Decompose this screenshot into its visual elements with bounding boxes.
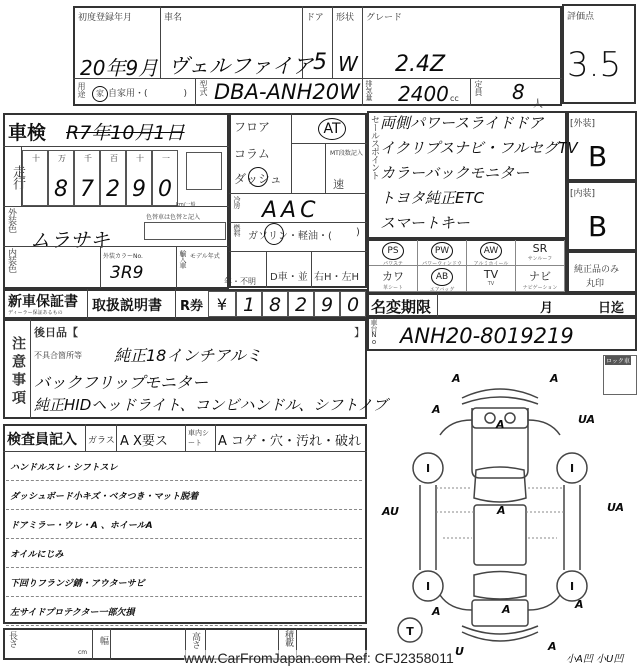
interior-label-text: 内装 xyxy=(574,189,592,199)
usage-label: 用途 xyxy=(76,82,87,98)
usage-selected: 家 xyxy=(92,86,108,102)
equipment-item-aw: AWアルミホイール xyxy=(467,240,516,266)
inspector-line: オイルにじみ xyxy=(10,547,64,560)
mt-speed: 速 xyxy=(333,176,344,192)
ac-label: 冷房 xyxy=(232,196,242,208)
ext-color-label: 外装色 xyxy=(5,208,18,232)
car-name-value: ヴェルファイア xyxy=(168,50,313,80)
inspector-line: ドアミラー・ウレ・A 、ホイールA xyxy=(10,518,153,531)
mileage-digit-value: 0 xyxy=(158,177,172,202)
recycle-label: R券 xyxy=(180,295,203,314)
length-label: 長さ xyxy=(6,631,19,647)
equipment-code: PW xyxy=(431,242,453,260)
model-year-suffix: 年・不明 xyxy=(224,276,256,287)
damage-mark: A xyxy=(497,504,506,517)
equipment-item-ab: ABエアバッグ xyxy=(418,266,467,292)
grade-label: グレード xyxy=(366,10,402,23)
recycle-digit: 0 xyxy=(340,291,366,317)
damage-mark: A xyxy=(575,598,584,611)
sales-point-item: カラーバックモニター xyxy=(380,162,570,187)
equipment-sub: 革シート xyxy=(369,284,417,291)
capacity-value: 8 xyxy=(512,80,525,104)
int-color-label: 内装色 xyxy=(5,248,18,272)
shaken-label: 車検 xyxy=(8,118,46,145)
month-label: 月 xyxy=(540,297,553,316)
damage-mark: A xyxy=(432,605,441,618)
note-line-1: 純正18インチアルミ xyxy=(114,343,262,366)
seat-label: 車内シート xyxy=(188,428,214,448)
equipment-code: PS xyxy=(382,242,404,260)
tire-label: T xyxy=(406,625,414,638)
handle-label: 右H・左H xyxy=(314,268,359,283)
svg-text:I: I xyxy=(426,462,430,475)
chassis-value: ANH20-8019219 xyxy=(400,324,574,348)
model-value: DBA-ANH20W xyxy=(214,80,360,104)
damage-mark: A xyxy=(496,418,505,431)
mileage-digit-value: 8 xyxy=(54,177,68,202)
score-value: 3.5 xyxy=(567,45,621,85)
equipment-item-ナビ: ナビナビゲーション xyxy=(516,266,565,292)
inspector-rule xyxy=(6,596,362,597)
car-name-label: 車名 xyxy=(164,10,182,23)
notes-label: 注意事項 xyxy=(8,336,28,408)
weight-label: 積載 xyxy=(282,630,295,646)
recycle-digit: 2 xyxy=(288,291,314,317)
damage-mark: UA xyxy=(578,413,595,426)
note-line-3: 純正HIDヘッドライト、コンビハンドル、シフトノブ xyxy=(34,394,387,415)
glass-label: ガラス xyxy=(88,433,115,446)
equipment-item-カワ: カワ革シート xyxy=(369,266,418,292)
damage-mark: U xyxy=(455,645,464,658)
grade-value: 2.4Z xyxy=(395,52,445,77)
later-items-close: 】 xyxy=(354,324,365,340)
fuel-close: ) xyxy=(356,227,360,238)
inspector-rule xyxy=(6,480,362,481)
dealer-label: D車・並 xyxy=(270,268,308,283)
shape-label: 形状 xyxy=(336,10,354,23)
mileage-digit-cell: 十 xyxy=(22,150,48,206)
deadline-label: 名変期限 xyxy=(371,296,431,317)
equipment-item-sr: SRサンルーフ xyxy=(516,240,565,266)
exterior-label-text: 外装 xyxy=(574,119,592,129)
sales-point-item: 両側パワースライドドア xyxy=(380,112,570,137)
damage-mark: UA xyxy=(607,501,624,514)
equipment-code: SR xyxy=(533,242,548,255)
mileage-digit-cell: 万8 xyxy=(48,150,74,206)
mileage-digit-cell: 百2 xyxy=(100,150,126,206)
import-label: 輸入車 xyxy=(178,250,188,268)
equipment-code: カワ xyxy=(382,270,404,283)
color-no-label: 外装カラーNo. xyxy=(103,251,143,260)
first-reg-value: 20年9月 xyxy=(80,52,158,81)
fuel-label: 燃料 xyxy=(232,224,242,236)
displacement-unit: cc xyxy=(450,94,459,103)
sales-point-item: スマートキー xyxy=(380,212,570,237)
width-label: 幅 xyxy=(97,636,110,644)
inspector-line: 下回りフランジ錆・アウターサビ xyxy=(10,576,145,589)
equipment-code: ナビ xyxy=(529,270,551,283)
shift-dash: ダッシュ xyxy=(234,170,282,187)
mileage-digit-value: 7 xyxy=(80,177,94,202)
interior-value: B xyxy=(588,210,607,243)
manual-label: 取扱説明書 xyxy=(92,295,162,315)
model-label: 型式 xyxy=(198,80,209,96)
inspector-rule xyxy=(6,625,362,626)
warranty-note: ディーラー保証あるもの xyxy=(8,309,63,316)
capacity-unit: 人 xyxy=(533,95,543,110)
mileage-digit-value: 9 xyxy=(132,177,146,202)
displacement-value: 2400 xyxy=(398,82,449,106)
score-label: 評価点 xyxy=(567,9,594,22)
equipment-code: AW xyxy=(480,242,502,260)
ac-value: AAC xyxy=(262,198,319,223)
meter-box xyxy=(186,152,222,190)
genuine-note-2: 丸印 xyxy=(586,276,604,289)
interior-label: [内装] xyxy=(570,186,595,199)
mileage-digit-cell: 十9 xyxy=(126,150,152,206)
mileage-digit-value: 2 xyxy=(106,177,120,202)
exterior-label: [外装] xyxy=(570,116,595,129)
mileage-digit-label: 百 xyxy=(110,153,118,164)
transmission-value: AT xyxy=(318,118,346,140)
mileage-digit-label: 十 xyxy=(32,153,40,164)
note-line-2: バックフリップモニター xyxy=(34,370,208,393)
shift-column: コラム xyxy=(234,145,270,162)
length-unit: cm xyxy=(78,649,87,656)
usage-options-text: 自家用・( ) xyxy=(108,89,187,99)
recycle-digit: 1 xyxy=(236,291,262,317)
later-items-label: 後日品【 xyxy=(34,324,78,340)
equipment-item-ps: PSパワステ xyxy=(369,240,418,266)
transmission-circle: AT xyxy=(318,118,346,140)
inspector-rule xyxy=(6,538,362,539)
usage-options: 家自家用・( ) xyxy=(92,86,187,102)
inspector-rule xyxy=(6,567,362,568)
recycle-digit: 9 xyxy=(314,291,340,317)
equipment-item-pw: PWパワーウィンドウ xyxy=(418,240,467,266)
color-no-value: 3R9 xyxy=(110,263,143,283)
svg-text:I: I xyxy=(570,462,574,475)
svg-text:I: I xyxy=(426,580,430,593)
equipment-sub: エアバッグ xyxy=(418,286,466,293)
equipment-sub: TV xyxy=(467,281,515,287)
sales-point-item: トヨタ純正ETC xyxy=(380,187,570,212)
mileage-digit-label: 十 xyxy=(136,153,144,164)
equipment-sub: サンルーフ xyxy=(516,255,564,262)
mileage-digit-label: 千 xyxy=(84,153,92,164)
damage-mark: A xyxy=(548,640,557,653)
genuine-note-1: 純正品のみ xyxy=(574,262,619,275)
doors-label: ドア xyxy=(306,10,324,23)
equipment-code: TV xyxy=(484,268,498,281)
height-label: 高さ xyxy=(189,632,202,648)
mileage-digit-cell: 千7 xyxy=(74,150,100,206)
damage-mark: AU xyxy=(382,505,399,518)
damage-mark: A xyxy=(452,372,461,385)
fuel-options-text: ガソリン・軽油・( xyxy=(248,231,332,242)
shaken-value: R7年10月1日 xyxy=(66,118,185,145)
diagram-bottom-note: 小A凹 小U凹 xyxy=(566,650,623,665)
mileage-digit-cell: 一0 xyxy=(152,150,178,206)
sales-points-list: 両側パワースライドドア イクリプスナビ・フルセグTV カラーバックモニター トヨ… xyxy=(380,112,570,237)
exterior-value: B xyxy=(588,140,607,173)
mileage-digit-label: 万 xyxy=(58,153,66,164)
inspector-rule xyxy=(6,509,362,510)
sales-point-item: イクリプスナビ・フルセグTV xyxy=(380,137,570,162)
warranty-label: 新車保証書 xyxy=(8,291,78,311)
inspector-line: ダッシュボード小キズ・ベタつき・マット脱着 xyxy=(10,489,198,502)
capacity-label: 定員 xyxy=(473,80,484,96)
color-change-box xyxy=(144,222,226,240)
inspector-line: 左サイドプロテクター一部欠損 xyxy=(10,605,135,618)
model-year-label: モデル年式 xyxy=(190,251,220,260)
first-reg-label: 初度登録年月 xyxy=(78,10,132,23)
meter-note: 色替車は色替と記入 xyxy=(146,212,200,221)
equipment-code: AB xyxy=(431,268,453,286)
damage-mark: A xyxy=(502,603,511,616)
recycle-digit: 8 xyxy=(262,291,288,317)
inspector-line: ハンドルスレ・シフトスレ xyxy=(10,460,118,473)
glass-note: A X要ス xyxy=(120,430,168,449)
defects-label: 不具合箇所等 xyxy=(34,350,82,361)
equipment-item-tv: TVTV xyxy=(467,266,516,292)
inspector-label: 検査員記入 xyxy=(7,429,77,449)
damage-mark: A xyxy=(432,403,441,416)
displacement-label: 排気量 xyxy=(364,80,374,101)
day-label: 日迄 xyxy=(598,297,624,316)
svg-text:I: I xyxy=(570,580,574,593)
mileage-digit-label: 一 xyxy=(162,153,170,164)
mt-note: MT段数記入 xyxy=(330,148,364,157)
shape-value: W xyxy=(338,52,358,76)
fuel-options: ガソリン・軽油・( xyxy=(248,227,332,242)
recycle-yen: ¥ xyxy=(208,291,236,317)
damage-mark: A xyxy=(550,372,559,385)
shift-floor: フロア xyxy=(234,118,270,135)
watermark: www.CarFromJapan.com Ref: CFJ2358011 xyxy=(184,650,454,666)
doors-value: 5 xyxy=(313,50,327,75)
chassis-label: 車台No xyxy=(369,319,379,345)
seat-options: A コゲ・穴・汚れ・破れ xyxy=(218,430,361,449)
equipment-sub: ナビゲーション xyxy=(516,284,564,291)
ext-color-value: ムラサキ xyxy=(30,224,110,253)
